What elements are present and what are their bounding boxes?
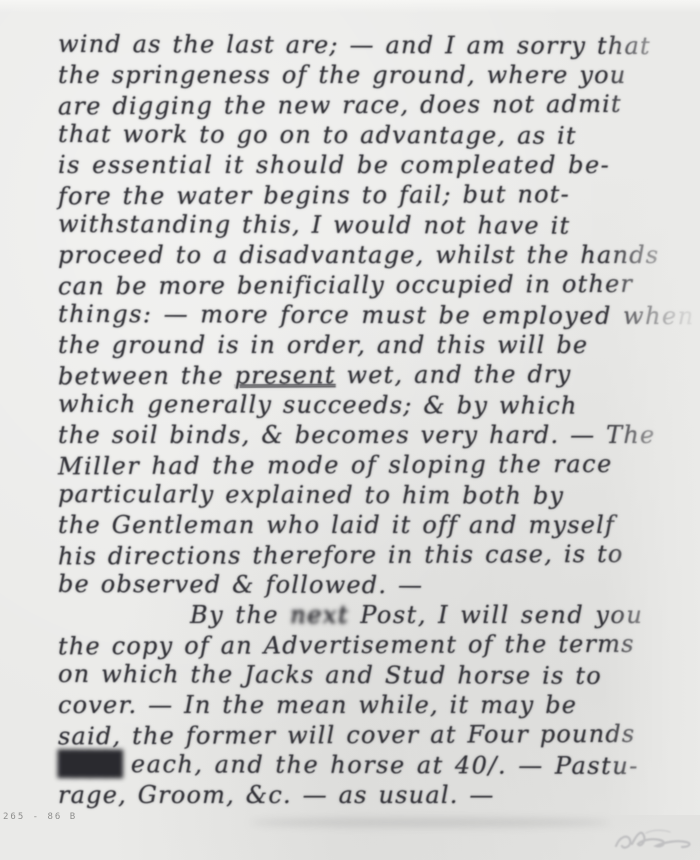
letter-line: rage, Groom, &c. — as usual. —: [58, 780, 674, 810]
line-text: By the: [190, 601, 290, 629]
letter-line-with-blot: ████ each, and the horse at 40/. — Pastu…: [58, 749, 674, 781]
faint-signature-mark: [612, 824, 696, 856]
letter-line-paragraph-start: By the next Post, I will send you: [58, 600, 674, 630]
line-text: each, and the horse at 40/. — Pastu-: [120, 750, 639, 780]
letter-line: things: — more force must be employed wh…: [58, 299, 674, 331]
line-text: wet, and the dry: [336, 360, 572, 389]
letter-body: wind as the last are; — and I am sorry t…: [58, 30, 674, 810]
letter-line: proceed to a disadvantage, whilst the ha…: [58, 240, 674, 270]
letter-line: the copy of an Advertisement of the term…: [58, 629, 674, 662]
letter-line: the soil binds, & becomes very hard. — T…: [58, 420, 674, 450]
letter-line: are digging the new race, does not admit: [58, 89, 674, 122]
manuscript-scan: wind as the last are; — and I am sorry t…: [0, 0, 700, 860]
letter-line: Miller had the mode of sloping the race: [58, 449, 674, 482]
smudged-word: next: [290, 601, 349, 629]
underlined-word: present: [235, 361, 336, 389]
line-text: Post, I will send you: [349, 601, 643, 629]
letter-line: the springeness of the ground, where you: [58, 60, 674, 90]
letter-line: the Gentleman who laid it off and myself: [58, 510, 674, 540]
letter-line: be observed & followed. —: [58, 569, 674, 601]
ink-blot: ████: [58, 750, 120, 778]
letter-line-underlined: between the present wet, and the dry: [58, 359, 674, 392]
letter-line: fore the water begins to fail; but not-: [58, 179, 674, 212]
archival-number: 265 - 86 B: [3, 812, 77, 822]
letter-line: particularly explained to him both by: [58, 479, 674, 511]
line-text: between the: [58, 362, 235, 391]
letter-line: cover. — In the mean while, it may be: [58, 690, 674, 720]
letter-line: his directions therefore in this case, i…: [58, 539, 674, 572]
scan-edge-band: [0, 0, 700, 13]
letter-line: can be more benificially occupied in oth…: [58, 269, 674, 302]
letter-line: that work to go on to advantage, as it: [58, 119, 674, 151]
letter-line: the ground is in order, and this will be: [58, 330, 674, 360]
letter-line: said, the former will cover at Four poun…: [58, 719, 674, 752]
scan-smudge: [250, 818, 610, 827]
letter-line: is essential it should be compleated be-: [58, 150, 674, 180]
letter-line: wind as the last are; — and I am sorry t…: [58, 29, 674, 61]
letter-line: which generally succeeds; & by which: [58, 389, 674, 421]
letter-line: withstanding this, I would not have it: [58, 209, 674, 241]
letter-line: on which the Jacks and Stud horse is to: [58, 659, 674, 691]
